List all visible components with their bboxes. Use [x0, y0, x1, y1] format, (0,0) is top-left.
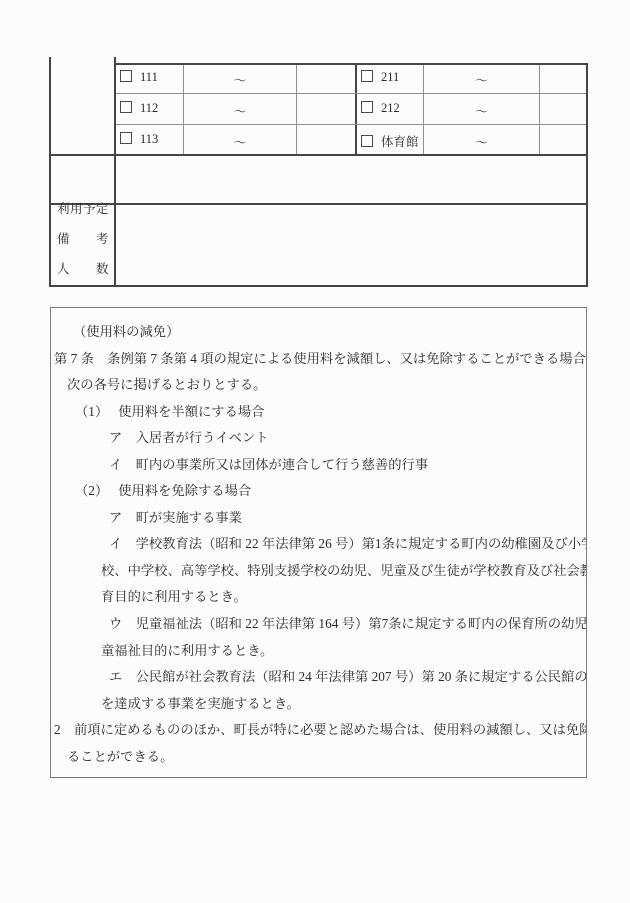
planned-users-input-area[interactable]	[117, 157, 585, 202]
time-range-cell[interactable]: ～	[184, 132, 296, 148]
room-cell-112: 112	[120, 101, 158, 117]
notice-line: （2） 使用料を免除する場合	[51, 478, 586, 505]
notice-line: ることができる。	[51, 744, 586, 771]
checkbox-room-113[interactable]	[120, 132, 132, 144]
remarks-input-area[interactable]	[117, 206, 585, 284]
notice-line: 童福祉目的に利用するとき。	[51, 638, 586, 665]
room-cell-113: 113	[120, 132, 158, 148]
checkbox-room-111[interactable]	[120, 70, 132, 82]
fee-reduction-notice-box: （使用料の減免）第 7 条 条例第 7 条第 4 項の規定による使用料を減額し、…	[50, 307, 587, 778]
time-range-cell[interactable]: ～	[184, 70, 296, 86]
table-border-group-divider	[355, 63, 357, 154]
room-cell-gym: 体育館	[361, 132, 419, 148]
table-border-section1	[49, 154, 588, 156]
remarks-label: 備 考	[57, 229, 109, 249]
room-label: 113	[140, 132, 158, 146]
notice-line: を達成する事業を実施するとき。	[51, 691, 586, 718]
time-range-cell[interactable]: ～	[184, 101, 296, 117]
notice-line: （1） 使用料を半額にする場合	[51, 399, 586, 426]
checkbox-room-112[interactable]	[120, 101, 132, 113]
notice-line: イ 学校教育法（昭和 22 年法律第 26 号）第1条に規定する町内の幼稚園及び…	[51, 531, 586, 558]
fee-cell[interactable]	[297, 65, 355, 92]
room-label: 111	[140, 70, 158, 84]
room-label: 体育館	[381, 135, 419, 149]
room-cell-212: 212	[361, 101, 400, 117]
notice-line: エ 公民館が社会教育法（昭和 24 年法律第 207 号）第 20 条に規定する…	[51, 664, 586, 691]
room-label: 211	[381, 70, 399, 84]
notice-line: （使用料の減免）	[51, 319, 586, 346]
notice-line: ア 町が実施する事業	[51, 505, 586, 532]
room-label: 212	[381, 101, 400, 115]
notice-line: 育目的に利用するとき。	[51, 584, 586, 611]
fee-cell[interactable]	[297, 94, 355, 123]
table-border-left	[49, 57, 51, 287]
table-border-right	[586, 63, 588, 287]
fee-cell[interactable]	[540, 94, 586, 123]
document-page: 111 ～ 211 ～ 112 ～ 212 ～ 113 ～ 体育館 ～ 利用予定…	[0, 0, 630, 903]
fee-cell[interactable]	[540, 65, 586, 92]
checkbox-room-211[interactable]	[361, 70, 373, 82]
notice-line: 次の各号に掲げるとおりとする。	[51, 372, 586, 399]
notice-line: 第 7 条 条例第 7 条第 4 項の規定による使用料を減額し、又は免除すること…	[51, 346, 586, 373]
checkbox-room-gym[interactable]	[361, 135, 373, 147]
fee-cell[interactable]	[540, 125, 586, 153]
fee-cell[interactable]	[297, 125, 355, 153]
room-cell-111: 111	[120, 70, 158, 86]
notice-line: イ 町内の事業所又は団体が連合して行う慈善的行事	[51, 452, 586, 479]
time-range-cell[interactable]: ～	[424, 132, 539, 148]
time-range-cell[interactable]: ～	[424, 101, 539, 117]
room-cell-211: 211	[361, 70, 399, 86]
table-border-section2	[49, 203, 588, 205]
checkbox-room-212[interactable]	[361, 101, 373, 113]
room-label: 112	[140, 101, 158, 115]
notice-line: ウ 児童福祉法（昭和 22 年法律第 164 号）第7条に規定する町内の保育所の…	[51, 611, 586, 638]
notice-line: 校、中学校、高等学校、特別支援学校の幼児、児童及び生徒が学校教育及び社会教	[51, 558, 586, 585]
notice-lines: （使用料の減免）第 7 条 条例第 7 条第 4 項の規定による使用料を減額し、…	[51, 319, 586, 770]
table-border-bottom	[49, 285, 588, 287]
notice-line: ア 入居者が行うイベント	[51, 425, 586, 452]
time-range-cell[interactable]: ～	[424, 70, 539, 86]
notice-line: 2 前項に定めるもののほか、町長が特に必要と認めた場合は、使用料の減額し、又は免…	[51, 717, 586, 744]
table-border-label-divider	[114, 57, 116, 287]
